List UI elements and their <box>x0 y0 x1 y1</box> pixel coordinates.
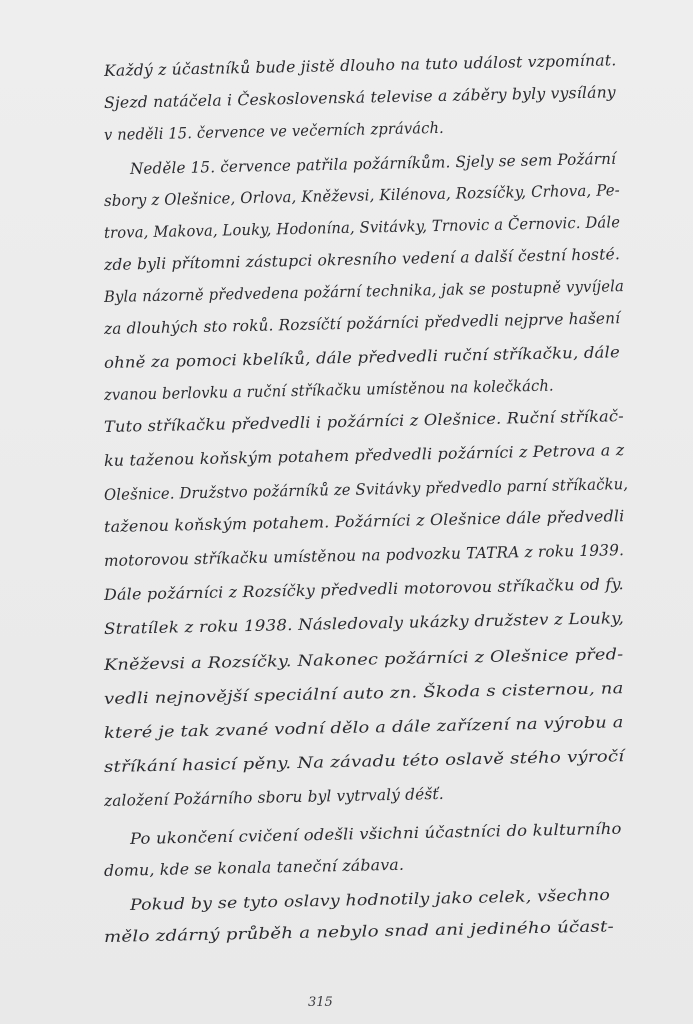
handwritten-line: Dále požárníci z Rozsíčky předvedli moto… <box>104 575 624 604</box>
handwritten-line: mělo zdárný průběh a nebylo snad ani jed… <box>104 917 614 946</box>
handwritten-line: zvanou berlovku a ruční stříkačku umístě… <box>104 377 554 404</box>
handwritten-line: trova, Makova, Louky, Hodonína, Svitávky… <box>104 213 620 242</box>
handwritten-line: domu, kde se konala taneční zábava. <box>104 856 404 880</box>
handwritten-line: Pokud by se tyto oslavy hodnotily jako c… <box>130 886 610 914</box>
handwritten-line: které je tak zvané vodní dělo a dále zař… <box>104 713 624 742</box>
handwritten-line: Tuto stříkačku předvedli i požárníci z O… <box>104 407 624 436</box>
page-number: 315 <box>308 995 333 1010</box>
handwritten-line: Po ukončení cvičení odešli všichni účast… <box>130 820 622 848</box>
handwritten-line: v neděli 15. července ve večerních zpráv… <box>104 119 444 144</box>
handwritten-line: ohně za pomoci kbelíků, dále předvedli r… <box>104 343 620 372</box>
handwritten-line: taženou koňským potahem. Požárníci z Ole… <box>104 507 625 536</box>
handwritten-line: Sjezd natáčela i Československá televise… <box>104 83 616 112</box>
handwritten-line: Byla názorně předvedena požární technika… <box>104 277 624 306</box>
handwritten-line: stříkání hasicí pěny. Na závadu této osl… <box>104 747 625 776</box>
handwritten-line: založení Požárního sboru byl vytrvalý dé… <box>104 785 444 810</box>
handwritten-line: zde byli přítomni zástupci okresního ved… <box>104 245 620 274</box>
handwritten-line: Neděle 15. července patřila požárníkům. … <box>130 150 616 178</box>
handwritten-line: sbory z Olešnice, Orlova, Kněževsi, Kilé… <box>104 181 620 210</box>
handwritten-chronicle-page: Každý z účastníků bude jistě dlouho na t… <box>0 0 693 1024</box>
handwritten-line: Stratílek z roku 1938. Následovaly ukázk… <box>104 609 624 638</box>
handwritten-line: Olešnice. Družstvo požárníků ze Svitávky… <box>104 475 629 504</box>
handwritten-line: za dlouhých sto roků. Rozsíčtí požárníci… <box>104 309 621 338</box>
handwritten-line: ku taženou koňským potahem předvedli pož… <box>104 441 625 470</box>
handwritten-line: motorovou stříkačku umístěnou na podvozk… <box>104 541 624 570</box>
handwritten-line: Každý z účastníků bude jistě dlouho na t… <box>104 51 617 80</box>
handwritten-line: Kněževsi a Rozsíčky. Nakonec požárníci z… <box>104 645 624 674</box>
handwritten-line: vedli nejnovější speciální auto zn. Škod… <box>104 679 624 708</box>
